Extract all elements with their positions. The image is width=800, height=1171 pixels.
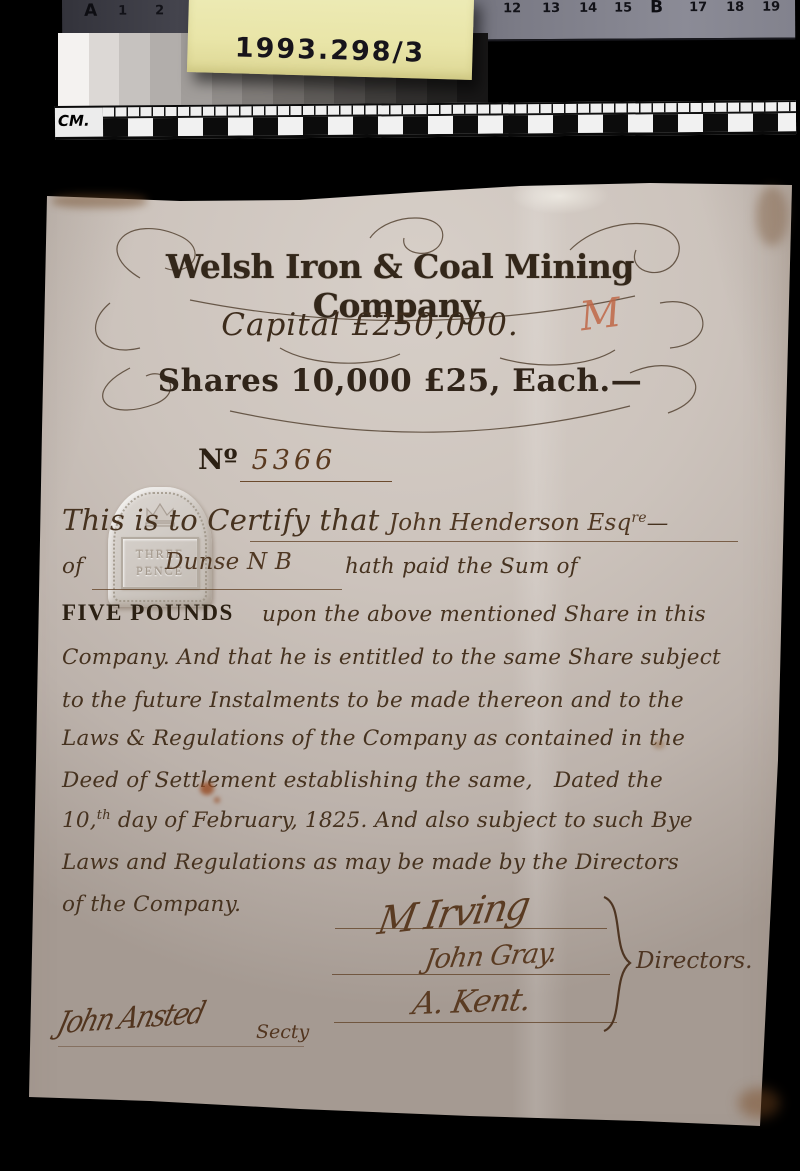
paper-stain xyxy=(738,1088,780,1118)
signature-line-3 xyxy=(334,1022,617,1023)
photo-stage: A1231112131415B171819 CM. 1993.298/3 xyxy=(0,0,800,1171)
date-day: 10, xyxy=(62,808,97,833)
body-line-6: Laws & Regulations of the Company as con… xyxy=(62,726,685,751)
paper-stain xyxy=(200,782,214,795)
shareholder-place: Dunse N B xyxy=(165,549,292,575)
body-line-7: Deed of Settlement establishing the same… xyxy=(62,768,663,793)
number-underline xyxy=(240,481,392,482)
directors-label: Directors. xyxy=(636,948,752,974)
esquire-superscript: re xyxy=(631,510,646,526)
number-label: Nº xyxy=(198,443,238,476)
body-line-2-of: of xyxy=(62,554,83,579)
place-underline xyxy=(92,589,342,590)
red-ink-mark: M xyxy=(577,290,623,341)
shares-line: Shares 10,000 £25, Each.— xyxy=(110,363,690,399)
director-signature-1: M Irving xyxy=(374,883,532,944)
director-signature-3: A. Kent. xyxy=(410,982,533,1022)
amount-paid: FIVE POUNDS xyxy=(62,600,234,626)
paper-stain xyxy=(653,740,665,749)
paper-stain xyxy=(214,797,220,803)
name-underline xyxy=(250,541,738,542)
shareholder-name: John Henderson Esq xyxy=(389,510,632,536)
accession-number: 1993.298/3 xyxy=(234,32,425,68)
body-line-10: of the Company. xyxy=(62,892,241,917)
body-line-4: Company. And that he is entitled to the … xyxy=(62,645,721,670)
director-signature-2: John Gray. xyxy=(423,937,559,975)
date-day-superscript: th xyxy=(97,808,111,823)
body-line-1: This is to Certify that John Henderson E… xyxy=(62,503,668,537)
body-line-2-rest: hath paid the Sum of xyxy=(345,554,578,579)
secretary-signature: John Ansted xyxy=(54,995,208,1041)
body-line-9: Laws and Regulations as may be made by t… xyxy=(62,850,679,875)
body-line-3-rest: upon the above mentioned Share in this xyxy=(262,602,706,627)
number-value: 5366 xyxy=(252,445,337,476)
name-dash: — xyxy=(647,511,669,536)
capital-line: Capital £250,000. xyxy=(160,307,580,343)
signature-line-1 xyxy=(335,928,607,929)
certificate-content: Welsh Iron & Coal Mining Company. Capita… xyxy=(0,0,800,1171)
sticky-note: 1993.298/3 xyxy=(187,0,474,80)
signature-line-2 xyxy=(332,974,610,975)
paper-stain xyxy=(52,194,147,208)
secretary-line xyxy=(58,1046,304,1047)
body-line-5: to the future Instalments to be made the… xyxy=(62,688,684,713)
secretary-title: Secty xyxy=(256,1021,309,1043)
body-line-8: 10,th day of February, 1825. And also su… xyxy=(62,808,693,833)
date-rest: day of February, 1825. And also subject … xyxy=(111,808,693,833)
paper-stain xyxy=(756,186,788,246)
certify-phrase: This is to Certify that xyxy=(62,503,389,537)
directors-brace xyxy=(598,893,634,1035)
certificate-number-line: Nº5366 xyxy=(198,443,336,476)
